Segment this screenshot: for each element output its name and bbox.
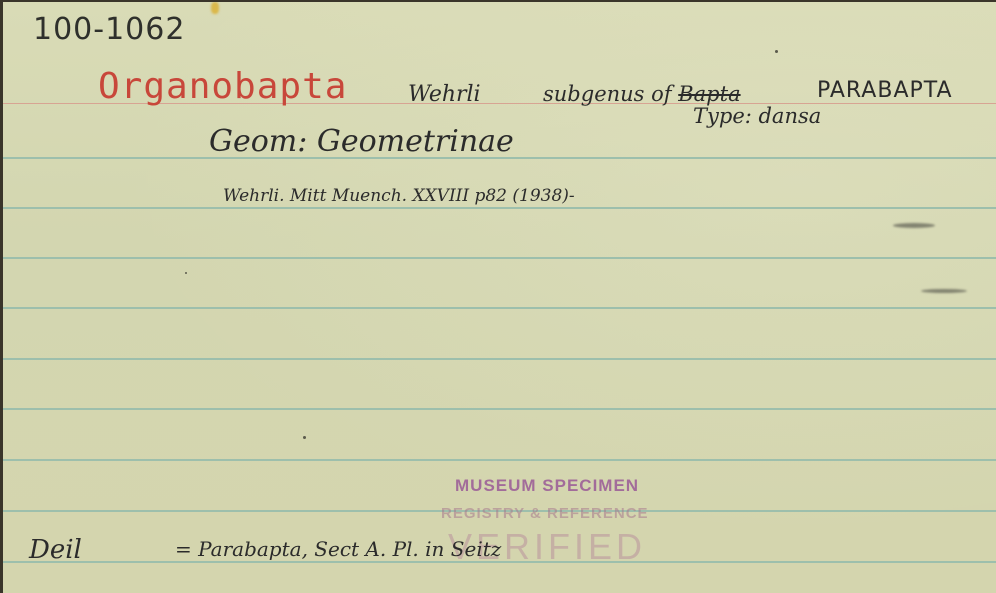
pencil-smudge [921,289,967,293]
struck-genus: Bapta [678,82,740,106]
pencil-smudge [893,223,935,228]
ruled-line [3,257,996,259]
speck [185,272,187,274]
distribution-note: = Parabapta, Sect A. Pl. in Seitz [175,537,501,561]
ruled-line [3,358,996,360]
catalogue-number: 100-1062 [33,12,185,47]
stamp-line-2: Registry & Reference [441,505,649,522]
stamp-line-1: Museum Specimen [455,476,639,496]
bibliographic-reference: Wehrli. Mitt Muench. XXVIII p82 (1938)- [223,186,575,206]
ruled-line [3,307,996,309]
genus-name: Organobapta [98,66,347,107]
ruled-line [3,459,996,461]
distribution-label: Deil [29,535,82,565]
speck [775,50,778,53]
index-card: 100-1062 Organobapta Wehrli subgenus of … [3,2,996,593]
status-text: subgenus of [543,82,672,106]
taxon-status: subgenus of Bapta [543,82,741,106]
type-species: Type: dansa [693,104,821,128]
ruled-line [3,207,996,209]
speck [303,436,306,439]
replacement-genus: PARABAPTA [817,78,953,103]
family-line: Geom: Geometrinae [209,124,514,159]
ruled-line [3,408,996,410]
author-name: Wehrli [408,82,481,107]
stain [211,2,219,14]
